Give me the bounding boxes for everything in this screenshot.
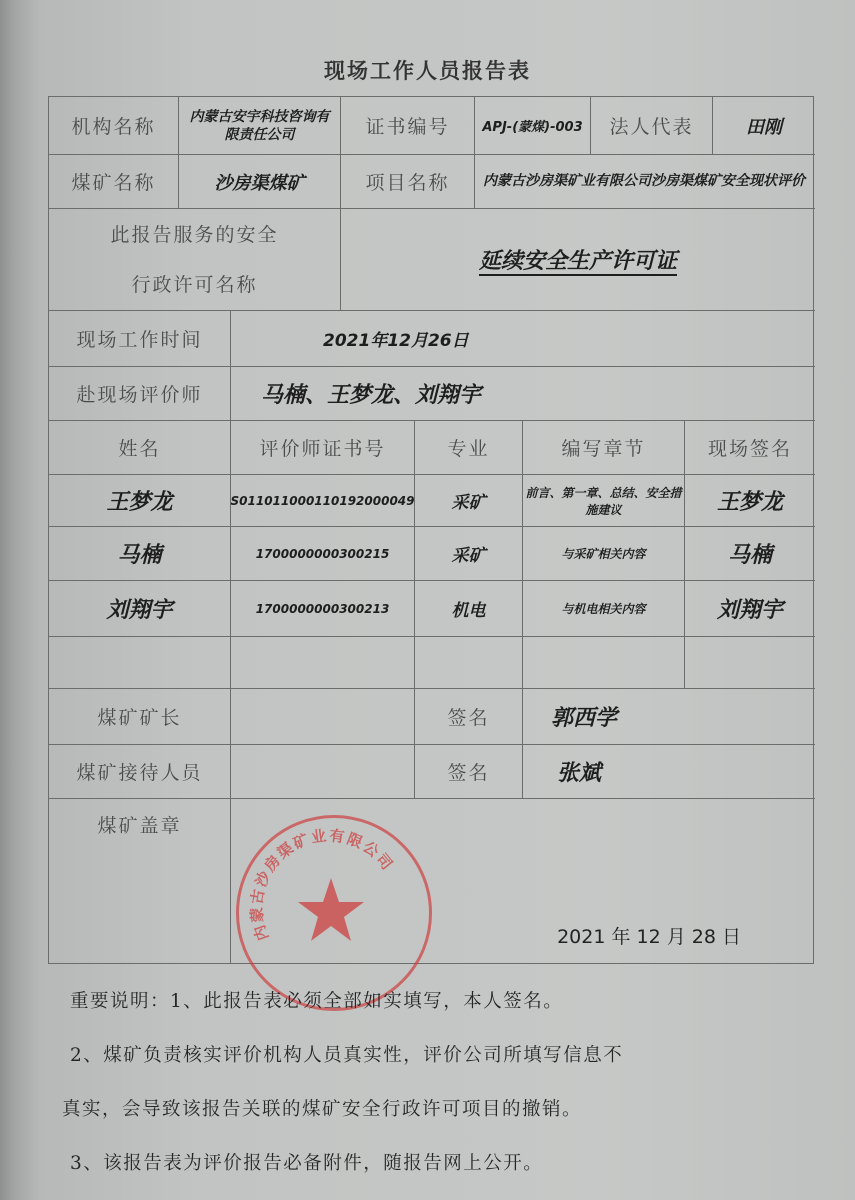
legal-rep-value: 田刚	[713, 97, 815, 155]
permit-label-line2: 行政许可名称	[131, 260, 257, 310]
staff-cell-signature	[685, 637, 815, 689]
staff-cell-major: 机电	[415, 581, 523, 637]
seal-date: 2021 年 12 月 28 日	[557, 922, 741, 949]
receiver-signature: 张斌	[523, 745, 815, 799]
legal-rep-label: 法人代表	[591, 97, 713, 155]
director-sign-label: 签名	[415, 689, 523, 745]
staff-cell-cert-no: 1700000000300213	[231, 581, 415, 637]
mine-name-label: 煤矿名称	[49, 155, 179, 209]
staff-cell-name: 刘翔宇	[49, 581, 231, 637]
note-line-3: 真实，会导致该报告关联的煤矿安全行政许可项目的撤销。	[62, 1083, 830, 1137]
permit-label-line1: 此报告服务的安全	[110, 210, 278, 260]
mine-director-label: 煤矿矿长	[49, 689, 231, 745]
evaluators-value: 马楠、王梦龙、刘翔宇	[231, 367, 815, 421]
evaluators-label: 赴现场评价师	[49, 367, 231, 421]
note-line-2: 2、煤矿负责核实评价机构人员真实性，评价公司所填写信息不	[70, 1029, 830, 1083]
header-cert-no: 评价师证书号	[231, 421, 415, 475]
work-time-label: 现场工作时间	[49, 311, 231, 367]
header-major: 专业	[415, 421, 523, 475]
staff-cell-chapters: 与采矿相关内容	[523, 527, 685, 581]
work-time-value: 2021年12月26日	[231, 311, 815, 367]
cert-value: APJ-(蒙煤)-003	[475, 97, 591, 155]
header-chapters: 编写章节	[523, 421, 685, 475]
receiver-value	[231, 745, 415, 799]
staff-cell-major: 采矿	[415, 475, 523, 527]
staff-cell-signature: 刘翔宇	[685, 581, 815, 637]
receiver-label: 煤矿接待人员	[49, 745, 231, 799]
mine-name-value: 沙房渠煤矿	[179, 155, 341, 209]
mine-director-value	[231, 689, 415, 745]
permit-name-label: 此报告服务的安全 行政许可名称	[49, 209, 341, 311]
staff-cell-cert-no	[231, 637, 415, 689]
staff-cell-major: 采矿	[415, 527, 523, 581]
project-name-label: 项目名称	[341, 155, 475, 209]
staff-cell-chapters: 前言、第一章、总结、安全措施建议	[523, 475, 685, 527]
org-value: 内蒙古安宇科技咨询有限责任公司	[179, 97, 341, 155]
note-line-4: 3、该报告表为评价报告必备附件，随报告网上公开。	[70, 1137, 830, 1191]
cert-label: 证书编号	[341, 97, 475, 155]
staff-cell-name: 王梦龙	[49, 475, 231, 527]
important-notes: 重要说明：1、此报告表必须全部如实填写，本人签名。 2、煤矿负责核实评价机构人员…	[70, 975, 830, 1191]
staff-cell-chapters: 与机电相关内容	[523, 581, 685, 637]
staff-cell-chapters	[523, 637, 685, 689]
staff-cell-signature: 马楠	[685, 527, 815, 581]
report-table: 机构名称 内蒙古安宇科技咨询有限责任公司 证书编号 APJ-(蒙煤)-003 法…	[48, 96, 814, 964]
staff-cell-name: 马楠	[49, 527, 231, 581]
document-title: 现场工作人员报告表	[0, 55, 855, 85]
staff-cell-cert-no: 1700000000300215	[231, 527, 415, 581]
receiver-sign-label: 签名	[415, 745, 523, 799]
staff-cell-cert-no: S011011000110192000049	[231, 475, 415, 527]
project-name-value: 内蒙古沙房渠矿业有限公司沙房渠煤矿安全现状评价	[475, 155, 815, 209]
header-name: 姓名	[49, 421, 231, 475]
staff-cell-signature: 王梦龙	[685, 475, 815, 527]
permit-name-value: 延续安全生产许可证	[341, 209, 815, 311]
director-signature: 郭西学	[523, 689, 815, 745]
note-line-1: 重要说明：1、此报告表必须全部如实填写，本人签名。	[70, 975, 830, 1029]
stamp-star-icon	[298, 878, 364, 941]
seal-label: 煤矿盖章	[49, 799, 231, 963]
staff-cell-name	[49, 637, 231, 689]
header-signature: 现场签名	[685, 421, 815, 475]
org-label: 机构名称	[49, 97, 179, 155]
staff-cell-major	[415, 637, 523, 689]
